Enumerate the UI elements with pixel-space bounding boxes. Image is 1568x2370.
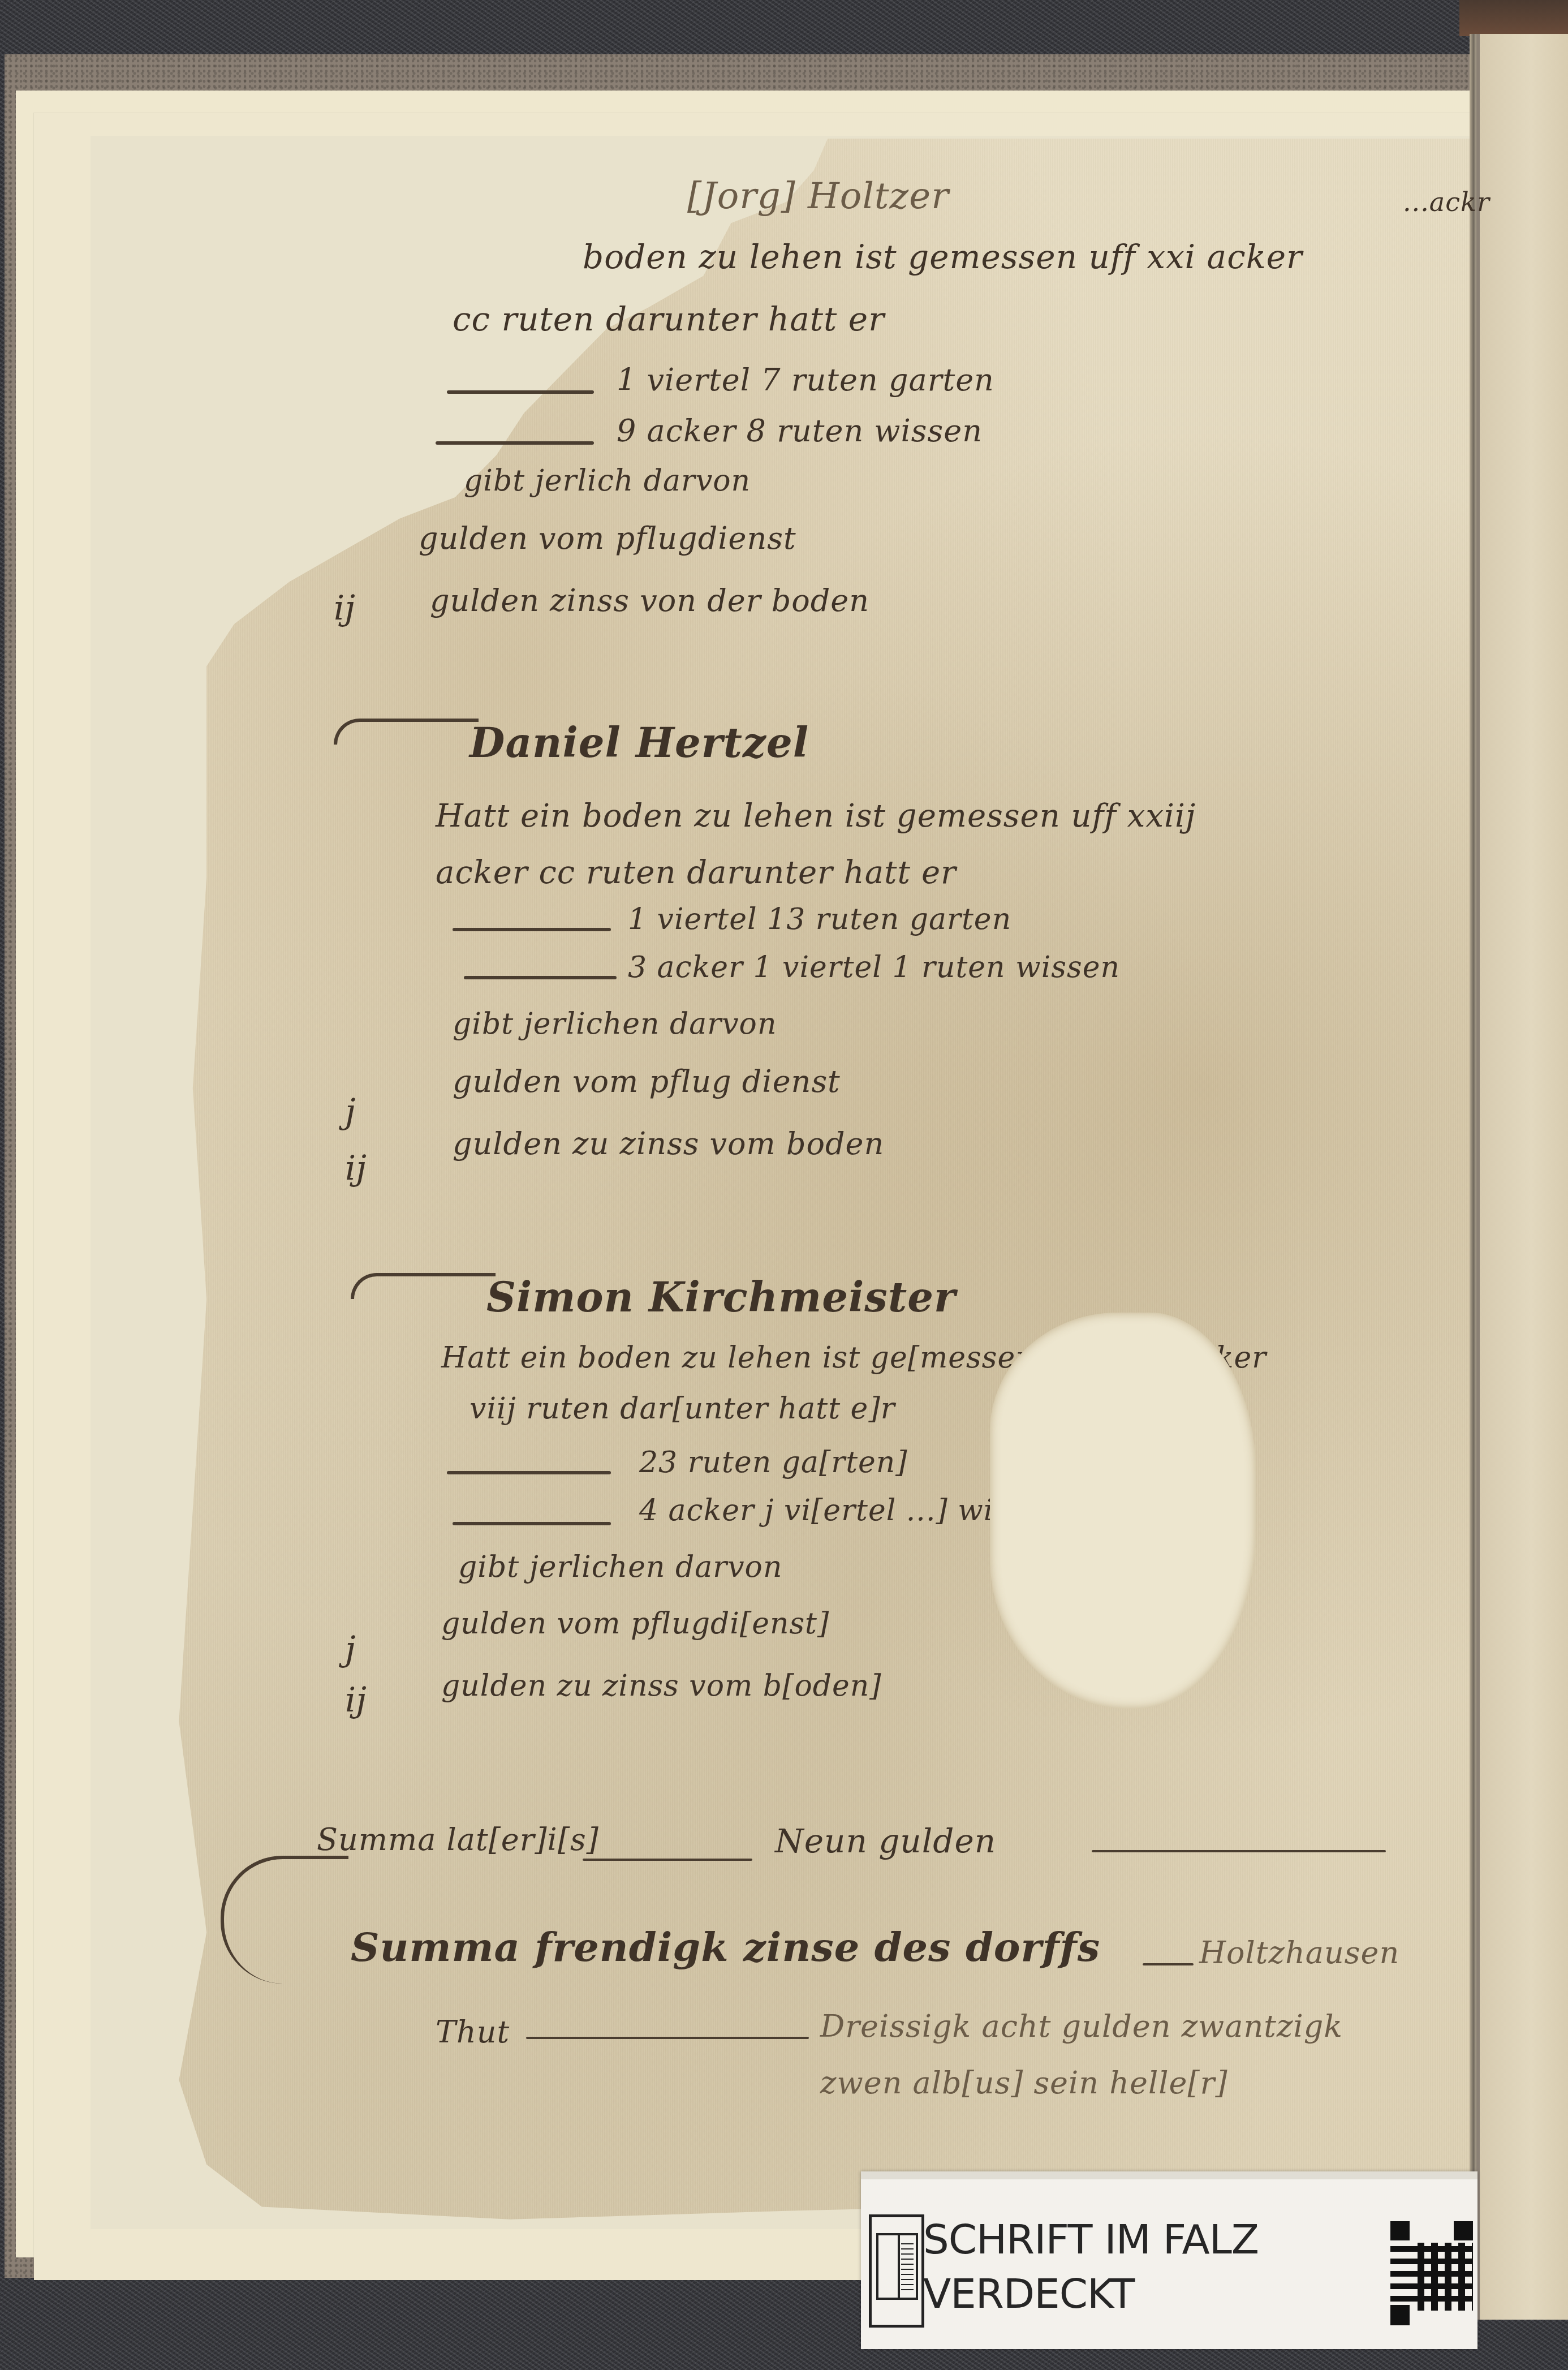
margin-amount: j [345,1629,356,1669]
facing-fragment: ...ackr [1403,187,1490,217]
total-label: Summa frendigk zinse des dorffs [351,1924,1100,1971]
summa-flourish [221,1856,348,1984]
ditto-rule [447,1471,611,1474]
entry-line: 1 viertel 13 ruten garten [628,902,1011,936]
label-line-2: VERDECKT [923,2266,1259,2321]
summary-rule [526,2037,809,2039]
label-text: SCHRIFT IM FALZ VERDECKT [923,2212,1259,2321]
margin-amount: ij [334,588,355,628]
heading-flourish [351,1273,496,1299]
entry-heading: Simon Kirchmeister [486,1273,956,1321]
summary-rule [1092,1850,1386,1852]
book-fold-icon-page [876,2233,918,2300]
total-place: Holtzhausen [1199,1935,1399,1971]
margin-amount: ij [345,1149,367,1188]
entry-line: gulden vom pflugdienst [419,521,796,556]
summa-lateris-label: Summa lat[er]i[s] [317,1822,599,1857]
ditto-rule [453,928,611,931]
ditto-rule [464,976,617,979]
ditto-rule [436,441,594,445]
thut-label: Thut [436,2014,510,2050]
entry-line: gibt jerlichen darvon [458,1550,782,1584]
book-fold-icon-spine [898,2235,900,2298]
summary-rule [1143,1963,1194,1965]
entry-line: gulden zu zinss vom b[oden] [441,1669,882,1703]
entry-line: gulden vom pflugdi[enst] [441,1607,829,1641]
heading-flourish [334,719,479,745]
book-binding [1459,0,1568,36]
thut-value: Dreissigk acht gulden zwantzigk [820,2008,1343,2044]
label-line-1: SCHRIFT IM FALZ [923,2212,1259,2266]
entry-line: 3 acker 1 viertel 1 ruten wissen [628,950,1120,984]
entry-line: Hatt ein boden zu lehen ist gemessen uff… [436,798,1196,835]
entry-line: gulden vom pflug dienst [453,1064,841,1099]
facing-page-edge [1476,34,1568,2320]
entry-line: gibt jerlichen darvon [453,1007,777,1041]
summary-rule [583,1859,752,1861]
entry-heading: [Jorg] Holtzer [687,175,949,217]
ditto-rule [453,1522,611,1525]
entry-line: gibt jerlich darvon [464,464,751,498]
entry-line: gulden zu zinss vom boden [453,1126,884,1162]
entry-line: boden zu lehen ist gemessen uff xxi acke… [583,238,1303,276]
paper-hole [990,1313,1256,1709]
archive-label: SCHRIFT IM FALZ VERDECKT [861,2171,1477,2349]
qr-code-icon[interactable] [1389,2220,1474,2345]
thut-value-2: zwen alb[us] sein helle[r] [820,2065,1227,2101]
book-fold-icon-lines [901,2243,914,2292]
entry-line: viij ruten dar[unter hatt e]r [469,1392,895,1426]
margin-amount: ij [345,1680,367,1720]
entry-line: 23 ruten ga[rten] [639,1446,908,1479]
entry-line: acker cc ruten darunter hatt er [436,854,957,891]
book-fold-icon [869,2214,924,2328]
summa-lateris-value: Neun gulden [775,1822,996,1860]
entry-line: 9 acker 8 ruten wissen [617,413,983,449]
entry-line: 1 viertel 7 ruten garten [617,362,994,398]
ditto-rule [447,390,594,394]
margin-amount: j [345,1092,356,1132]
entry-line: gulden zinss von der boden [430,583,869,618]
entry-heading: Daniel Hertzel [469,719,809,767]
entry-line: cc ruten darunter hatt er [453,300,885,338]
